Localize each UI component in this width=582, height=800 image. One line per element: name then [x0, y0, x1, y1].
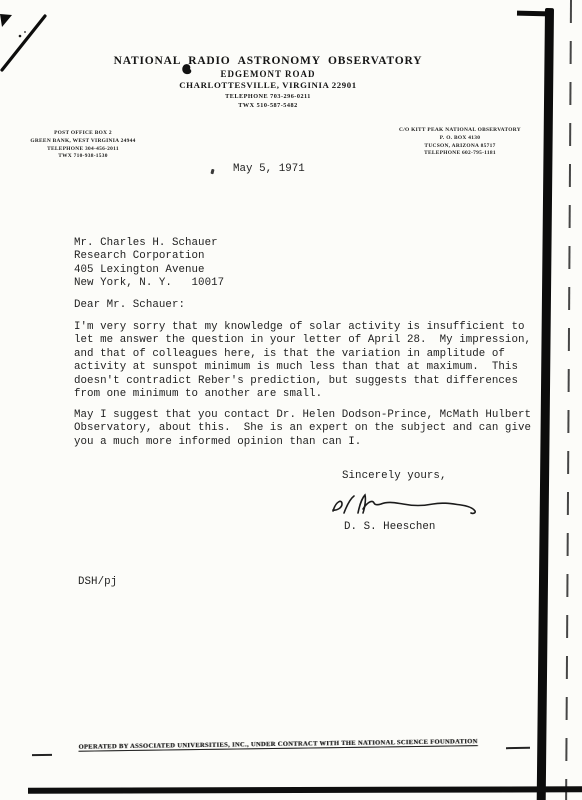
- green-bank-office-block: POST OFFICE BOX 2 GREEN BANK, WEST VIRGI…: [12, 130, 154, 161]
- date-line: May 5, 1971: [233, 163, 305, 176]
- closing-line: Sincerely yours,: [342, 470, 446, 483]
- footer-right-dash: [506, 747, 530, 750]
- org-name: NATIONAL RADIO ASTRONOMY OBSERVATORY: [0, 55, 536, 68]
- footer-left-dash: [32, 754, 52, 757]
- letterhead-city: CHARLOTTESVILLE, VIRGINIA 22901: [0, 80, 536, 91]
- scan-bottom-edge: [28, 786, 582, 793]
- signature-scribble-icon: [328, 487, 488, 523]
- letterhead-twx: TWX 510-587-5482: [0, 101, 536, 110]
- footer-imprint: OPERATED BY ASSOCIATED UNIVERSITIES, INC…: [58, 738, 498, 751]
- stray-mark: [210, 169, 214, 174]
- scan-dashed-edge: [565, 0, 572, 800]
- body-paragraph-1: I'm very sorry that my knowledge of sola…: [74, 321, 552, 401]
- salutation: Dear Mr. Schauer:: [74, 299, 185, 312]
- signer-typed-name: D. S. Heeschen: [344, 521, 435, 534]
- typist-initials: DSH/pj: [78, 576, 117, 589]
- letterhead: NATIONAL RADIO ASTRONOMY OBSERVATORY EDG…: [0, 55, 536, 110]
- scan-edge-line: [537, 8, 554, 800]
- letterhead-street: EDGEMONT ROAD: [0, 69, 536, 80]
- tucson-office-block: C/O KITT PEAK NATIONAL OBSERVATORY P. O.…: [390, 127, 530, 158]
- body-paragraph-2: May I suggest that you contact Dr. Helen…: [74, 409, 552, 449]
- recipient-address: Mr. Charles H. Schauer Research Corporat…: [74, 237, 224, 291]
- letterhead-telephone: TELEPHONE 703-296-0211: [0, 92, 536, 101]
- scanned-letter-page: NATIONAL RADIO ASTRONOMY OBSERVATORY EDG…: [0, 0, 582, 800]
